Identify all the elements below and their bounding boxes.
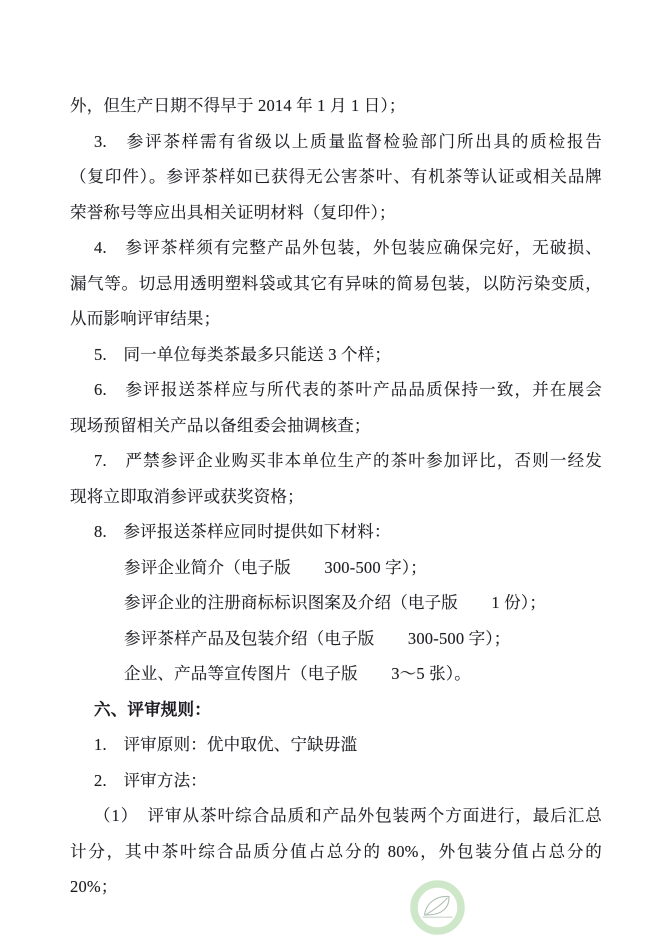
section-heading: 六、评审规则： <box>70 692 602 728</box>
doc-line: 现将立即取消参评或获奖资格； <box>70 479 602 515</box>
doc-line: 现场预留相关产品以备组委会抽调核查； <box>70 408 602 444</box>
doc-line: 计分，其中茶叶综合品质分值占总分的 80%，外包装分值占总分的 20%； <box>70 834 602 905</box>
doc-line: 5. 同一单位每类茶最多只能送 3 个样； <box>70 337 602 373</box>
doc-line: 1. 评审原则：优中取优、宁缺毋滥 <box>70 727 602 763</box>
doc-line: 2. 评审方法： <box>70 763 602 799</box>
document-body: 外，但生产日期不得早于 2014 年 1 月 1 日）； 3. 参评茶样需有省级… <box>70 88 602 905</box>
doc-line: 3. 参评茶样需有省级以上质量监督检验部门所出具的质检报告 <box>70 124 602 160</box>
leaf-watermark <box>409 879 466 936</box>
doc-line: 4. 参评茶样须有完整产品外包装，外包装应确保完好，无破损、 <box>70 230 602 266</box>
doc-line: 荣誉称号等应出具相关证明材料（复印件）； <box>70 195 602 231</box>
doc-line: 从而影响评审结果； <box>70 301 602 337</box>
doc-line: 漏气等。切忌用透明塑料袋或其它有异味的简易包装，以防污染变质， <box>70 266 602 302</box>
doc-line: 7. 严禁参评企业购买非本单位生产的茶叶参加评比，否则一经发 <box>70 443 602 479</box>
doc-line: 参评茶样产品及包装介绍（电子版 300-500 字）； <box>70 621 602 657</box>
doc-line: 6. 参评报送茶样应与所代表的茶叶产品品质保持一致，并在展会 <box>70 372 602 408</box>
document-page: 外，但生产日期不得早于 2014 年 1 月 1 日）； 3. 参评茶样需有省级… <box>0 0 671 950</box>
doc-line: 企业、产品等宣传图片（电子版 3～5 张）。 <box>70 656 602 692</box>
doc-line: （1） 评审从茶叶综合品质和产品外包装两个方面进行，最后汇总 <box>70 798 602 834</box>
doc-line: 参评企业的注册商标标识图案及介绍（电子版 1 份）； <box>70 585 602 621</box>
doc-line: 8. 参评报送茶样应同时提供如下材料： <box>70 514 602 550</box>
leaf-outline <box>425 896 450 915</box>
doc-line: （复印件）。参评茶样如已获得无公害茶叶、有机茶等认证或相关品牌 <box>70 159 602 195</box>
doc-line: 外，但生产日期不得早于 2014 年 1 月 1 日）； <box>70 88 602 124</box>
doc-line: 参评企业简介（电子版 300-500 字）； <box>70 550 602 586</box>
leaf-in-ring-icon <box>409 879 466 936</box>
